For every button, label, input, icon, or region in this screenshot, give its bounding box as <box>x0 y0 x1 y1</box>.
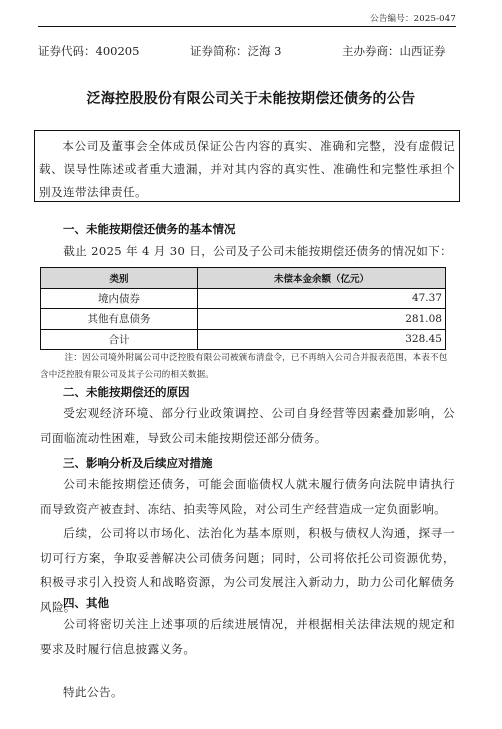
section-4-body: 公司将密切关注上述事项的后续进展情况，并根据相关法律法规的规定和要求及时履行信息… <box>40 612 455 661</box>
table-cell-category: 境内债券 <box>41 288 198 309</box>
table-header-row: 类别 未偿本金余额（亿元） <box>41 268 446 289</box>
section-2-paragraph: 受宏观经济环境、部分行业政策调控、公司自身经营等因素叠加影响，公司面临流动性困难… <box>40 401 455 450</box>
document-title: 泛海控股股份有限公司关于未能按期偿还债务的公告 <box>0 88 502 108</box>
announcement-number: 公告编号：2025-047 <box>370 12 456 24</box>
table-cell-category: 其他有息债务 <box>41 309 198 330</box>
section-1-paragraph: 截止 2025 年 4 月 30 日，公司及子公司未能按期偿还债务的情况如下： <box>40 239 455 264</box>
table-cell-amount: 281.08 <box>198 309 446 330</box>
table-note: 注：因公司境外附属公司中泛控股有限公司被颁布清盘令，已不再纳入公司合并报表范围，… <box>40 350 456 384</box>
column-header-category: 类别 <box>41 268 198 289</box>
section-2-heading: 二、未能按期偿还的原因 <box>63 384 190 400</box>
security-code: 证券代码：400205 <box>38 43 139 59</box>
table-row: 境内债券 47.37 <box>41 288 446 309</box>
section-1-body: 截止 2025 年 4 月 30 日，公司及子公司未能按期偿还债务的情况如下： <box>40 239 455 264</box>
board-statement-box: 本公司及董事会全体成员保证公告内容的真实、准确和完整，没有虚假记载、误导性陈述或… <box>34 130 460 202</box>
header-rule <box>38 26 456 27</box>
section-4-paragraph: 公司将密切关注上述事项的后续进展情况，并根据相关法律法规的规定和要求及时履行信息… <box>40 612 455 661</box>
table-cell-category: 合计 <box>41 329 198 350</box>
table-row: 其他有息债务 281.08 <box>41 309 446 330</box>
section-3-paragraph-1: 公司未能按期偿还债务，可能会面临债权人就未履行债务向法院申请执行而导致资产被查封… <box>40 472 455 521</box>
security-abbreviation: 证券简称：泛海 3 <box>190 43 281 59</box>
section-4-heading: 四、其他 <box>63 595 109 611</box>
table-cell-amount: 47.37 <box>198 288 446 309</box>
table-cell-amount: 328.45 <box>198 329 446 350</box>
section-2-body: 受宏观经济环境、部分行业政策调控、公司自身经营等因素叠加影响，公司面临流动性困难… <box>40 401 455 450</box>
section-3-heading: 三、影响分析及后续应对措施 <box>63 455 213 471</box>
table-note-text: 注：因公司境外附属公司中泛控股有限公司被颁布清盘令，已不再纳入公司合并报表范围，… <box>40 350 456 384</box>
board-statement-text: 本公司及董事会全体成员保证公告内容的真实、准确和完整，没有虚假记载、误导性陈述或… <box>39 135 455 204</box>
table-row-total: 合计 328.45 <box>41 329 446 350</box>
closing-remark: 特此公告。 <box>63 684 123 700</box>
column-header-amount: 未偿本金余额（亿元） <box>198 268 446 289</box>
section-1-heading: 一、未能按期偿还债务的基本情况 <box>63 221 236 237</box>
lead-underwriter: 主办券商：山西证券 <box>342 43 446 59</box>
unpaid-debt-table: 类别 未偿本金余额（亿元） 境内债券 47.37 其他有息债务 281.08 合… <box>40 267 446 350</box>
security-info-row: 证券代码：400205 证券简称：泛海 3 主办券商：山西证券 <box>38 43 456 59</box>
